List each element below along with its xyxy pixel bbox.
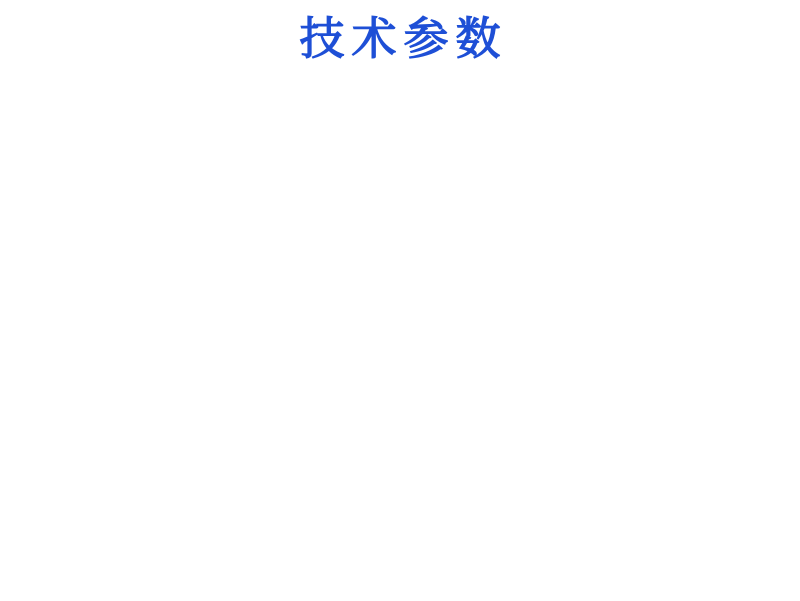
page-title: 技术参数 [292, 14, 507, 64]
title-bar: 技术参数 [0, 0, 800, 78]
spec-sheet-page: 技术参数 [0, 0, 800, 601]
